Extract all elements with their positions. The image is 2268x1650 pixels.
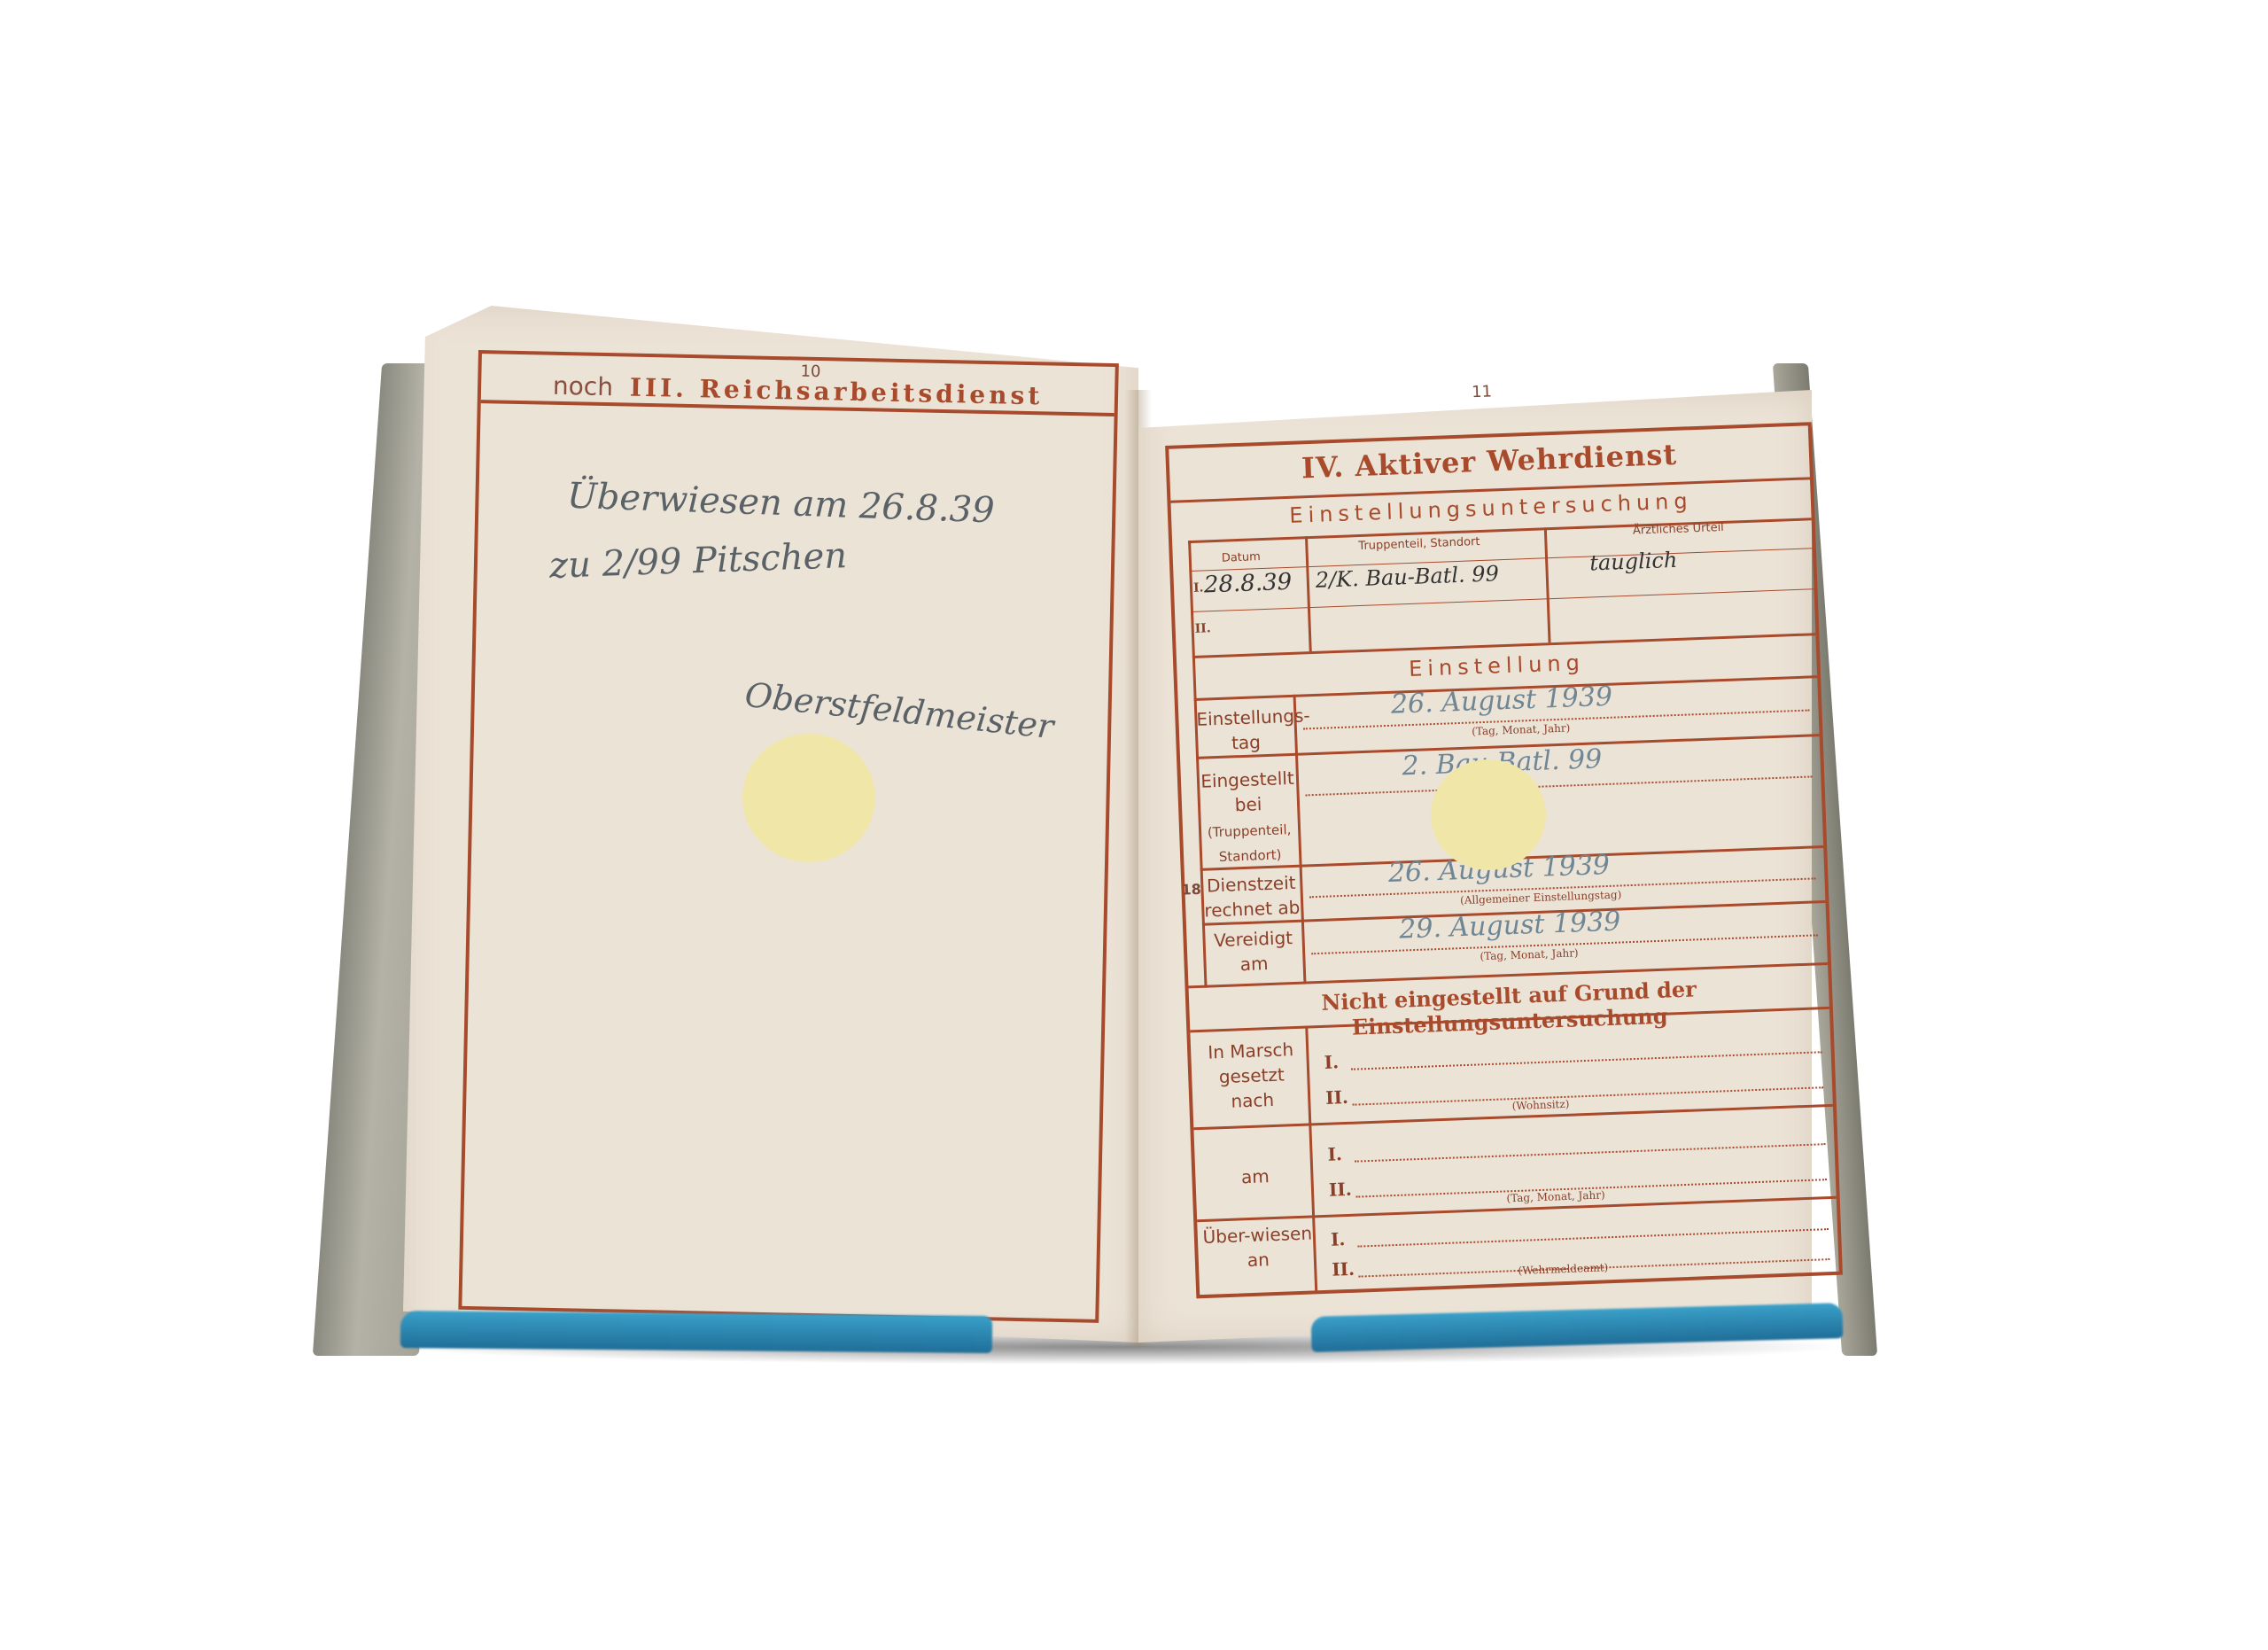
line-i: I. — [1324, 1051, 1339, 1073]
redaction-circle-left — [742, 734, 875, 862]
label-ueberwiesen: Über-wiesen an — [1201, 1220, 1314, 1274]
margin-number: 18 — [1181, 881, 1201, 899]
vereidigt-value: 29. August 1939 — [1399, 906, 1621, 945]
einstellungstag-value: 26. August 1939 — [1390, 681, 1612, 720]
title-prefix: noch — [553, 371, 614, 401]
label-vereidigt: Vereidigt am — [1204, 925, 1303, 978]
dotted-line — [1355, 1143, 1826, 1162]
caption-date-3: (Tag, Monat, Jahr) — [1506, 1188, 1605, 1204]
label-in-marsch: In Marsch gesetzt nach — [1195, 1037, 1309, 1116]
dotted-line — [1357, 1228, 1829, 1247]
label-einstellungstag: Einstellungs-tag — [1196, 704, 1295, 757]
label-eingestellt-bei: Eingestellt bei — [1199, 766, 1298, 819]
col-head-truppenteil: Truppenteil, Standort — [1358, 535, 1480, 553]
page-number-right: 11 — [1472, 382, 1493, 401]
caption-wehrmeldeamt: (Wehrmeldeamt) — [1518, 1261, 1608, 1277]
dotted-line — [1306, 775, 1813, 796]
line-i: I. — [1331, 1228, 1346, 1250]
line-ii: II. — [1332, 1258, 1355, 1280]
label-dienstzeit: Dienstzeit rechnet ab — [1202, 870, 1301, 923]
dotted-line — [1351, 1051, 1822, 1070]
caption-date-2: (Tag, Monat, Jahr) — [1480, 946, 1579, 962]
einstellung-title: Einstellung — [1177, 642, 1817, 689]
dotted-line — [1352, 1086, 1823, 1105]
col-head-datum: Datum — [1222, 550, 1262, 565]
caption-wohnsitz: (Wohnsitz) — [1511, 1098, 1569, 1112]
exam-date-value: 28.8.39 — [1203, 569, 1292, 599]
col-divider — [1305, 536, 1312, 651]
row-divider — [1189, 548, 1813, 572]
exam-verdict-value: tauglich — [1589, 548, 1678, 576]
row-index-1: I. — [1193, 580, 1204, 595]
line-ii: II. — [1325, 1086, 1349, 1109]
photo-scene: 10 noch III. Reichsarbeitsdienst Überwie… — [0, 0, 2268, 1650]
line-ii: II. — [1329, 1179, 1353, 1201]
blue-edge-stain-left — [400, 1311, 992, 1353]
line-i: I. — [1327, 1143, 1342, 1165]
col-head-urteil: Ärztliches Urteil — [1633, 521, 1724, 538]
caption-date: (Tag, Monat, Jahr) — [1472, 721, 1571, 737]
redaction-circle-right — [1431, 759, 1546, 870]
sublabel-truppenteil: (Truppenteil, Standort) — [1200, 817, 1300, 870]
col-divider — [1188, 541, 1195, 656]
label-am: am — [1200, 1163, 1311, 1192]
row-index-2: II. — [1194, 621, 1211, 636]
col-divider — [1544, 527, 1551, 642]
